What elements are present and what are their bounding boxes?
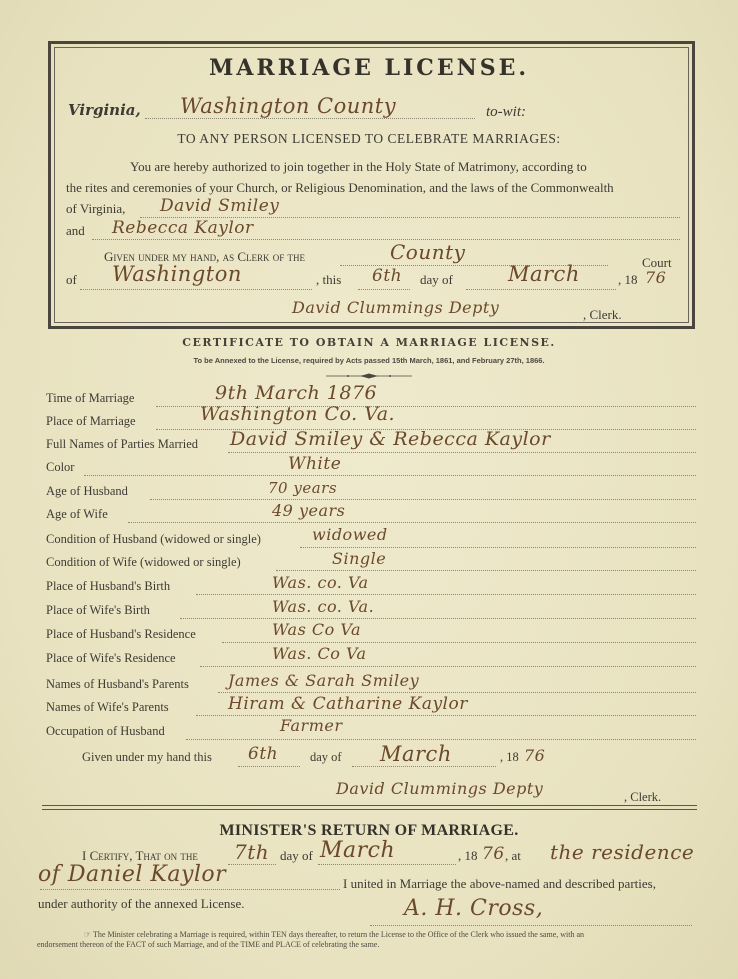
cert-year-prefix: , 18 xyxy=(500,750,519,765)
min-day-of-label: day of xyxy=(280,848,313,864)
license-title: MARRIAGE LICENSE. xyxy=(0,55,738,81)
cert-clerk-label: , Clerk. xyxy=(624,790,661,805)
cert-year-value: 76 xyxy=(524,746,545,765)
min-place-value-2: of Daniel Kaylor xyxy=(38,862,226,887)
cert-given-label: Given under my hand this xyxy=(82,750,212,765)
field-label-husband-residence: Place of Husband's Residence xyxy=(46,627,196,642)
min-year-value: 76 xyxy=(482,844,505,864)
field-value-husband-birth: Was. co. Va xyxy=(272,573,369,592)
field-line xyxy=(180,618,696,619)
section-divider xyxy=(42,805,697,810)
min-month-line xyxy=(318,864,456,865)
day-of-label: day of xyxy=(420,272,453,288)
field-value-wife-parents: Hiram & Catharine Kaylor xyxy=(228,694,468,714)
min-month-value: March xyxy=(320,838,395,863)
footnote-line2: endorsement thereon of the FACT of such … xyxy=(37,940,379,949)
min-day-line xyxy=(228,864,276,865)
license-body-line2: the rites and ceremonies of your Church,… xyxy=(66,180,614,196)
field-value-condition-wife: Single xyxy=(332,549,386,568)
field-label-age-wife: Age of Wife xyxy=(46,507,108,522)
field-label-condition-husband: Condition of Husband (widowed or single) xyxy=(46,532,261,547)
court-county-line xyxy=(80,289,312,290)
cert-day-of-label: day of xyxy=(310,750,342,765)
field-value-husband-residence: Was Co Va xyxy=(272,620,361,639)
authority-label: under authority of the annexed License. xyxy=(38,896,244,912)
field-label-wife-residence: Place of Wife's Residence xyxy=(46,651,176,666)
cert-day-line xyxy=(238,766,300,767)
state-label: Virginia, xyxy=(68,101,141,119)
address-line: TO ANY PERSON LICENSED TO CELEBRATE MARR… xyxy=(0,131,738,147)
license-clerk-label: , Clerk. xyxy=(583,307,622,323)
field-value-wife-residence: Was. Co Va xyxy=(272,644,367,663)
field-line xyxy=(218,692,696,693)
field-label-time-of-marriage: Time of Marriage xyxy=(46,391,134,406)
license-body-line1: You are hereby authorized to join togeth… xyxy=(130,159,587,175)
field-value-full-names: David Smiley & Rebecca Kaylor xyxy=(230,428,551,450)
field-label-age-husband: Age of Husband xyxy=(46,484,128,499)
field-value-place-of-marriage: Washington Co. Va. xyxy=(200,403,395,425)
certificate-title: CERTIFICATE TO OBTAIN A MARRIAGE LICENSE… xyxy=(0,336,738,349)
field-line xyxy=(128,522,696,523)
min-at-label: , at xyxy=(505,848,521,864)
certify-text: I Certify, That on the xyxy=(82,848,198,863)
footnote-line1: ☞ The Minister celebrating a Marriage is… xyxy=(84,930,584,939)
license-year-value: 76 xyxy=(645,268,666,287)
field-line xyxy=(276,570,696,571)
field-label-husband-birth: Place of Husband's Birth xyxy=(46,579,170,594)
field-line xyxy=(150,499,696,500)
groom-name: David Smiley xyxy=(160,196,279,216)
field-label-husband-parents: Names of Husband's Parents xyxy=(46,677,189,692)
united-label: I united in Marriage the above-named and… xyxy=(343,876,656,892)
field-line xyxy=(200,666,696,667)
field-label-wife-parents: Names of Wife's Parents xyxy=(46,700,169,715)
cert-month-value: March xyxy=(380,742,452,766)
field-value-wife-birth: Was. co. Va. xyxy=(272,597,374,616)
license-day-value: 6th xyxy=(372,266,402,286)
field-line xyxy=(186,739,696,740)
field-value-husband-parents: James & Sarah Smiley xyxy=(228,671,419,690)
this-label: , this xyxy=(316,272,341,288)
court-type-value: County xyxy=(390,240,465,264)
month-line xyxy=(466,289,616,290)
and-label: and xyxy=(66,223,85,239)
field-line xyxy=(84,475,696,476)
min-place-line xyxy=(40,889,340,890)
of-virginia-label: of Virginia, xyxy=(66,201,125,217)
field-line xyxy=(222,642,696,643)
field-value-occupation-husband: Farmer xyxy=(280,716,343,735)
license-month-value: March xyxy=(508,262,580,286)
field-label-full-names: Full Names of Parties Married xyxy=(46,437,198,452)
min-place-value-1: the residence xyxy=(550,840,694,864)
cert-month-line xyxy=(352,766,496,767)
field-label-condition-wife: Condition of Wife (widowed or single) xyxy=(46,555,241,570)
field-line xyxy=(228,452,696,453)
county-value: Washington County xyxy=(180,94,396,118)
min-day-value: 7th xyxy=(234,840,269,864)
ornament-divider xyxy=(326,372,412,380)
field-line xyxy=(196,715,696,716)
field-label-color: Color xyxy=(46,460,74,475)
cert-day-value: 6th xyxy=(248,744,278,764)
bride-name: Rebecca Kaylor xyxy=(112,218,254,238)
field-line xyxy=(300,547,696,548)
certificate-subtitle: To be Annexed to the License, required b… xyxy=(0,356,738,365)
field-label-place-of-marriage: Place of Marriage xyxy=(46,414,136,429)
field-value-time-of-marriage: 9th March 1876 xyxy=(215,382,377,404)
bride-line xyxy=(92,239,680,240)
field-label-wife-birth: Place of Wife's Birth xyxy=(46,603,150,618)
license-clerk-signature: David Clummings Depty xyxy=(292,298,499,317)
year-prefix: , 18 xyxy=(618,272,638,288)
cert-clerk-signature: David Clummings Depty xyxy=(336,779,543,798)
field-line xyxy=(196,594,696,595)
minister-signature-line xyxy=(370,925,692,926)
day-line xyxy=(358,289,410,290)
to-wit-label: to-wit: xyxy=(486,104,526,121)
field-value-condition-husband: widowed xyxy=(312,525,388,544)
of-label: of xyxy=(66,272,77,288)
minister-signature: A. H. Cross, xyxy=(404,896,543,921)
min-year-prefix: , 18 xyxy=(458,848,478,864)
field-value-age-wife: 49 years xyxy=(272,501,345,520)
county-line xyxy=(145,118,475,119)
field-value-color: White xyxy=(288,454,341,474)
field-value-age-husband: 70 years xyxy=(268,479,337,497)
field-label-occupation-husband: Occupation of Husband xyxy=(46,724,165,739)
court-county-value: Washington xyxy=(112,262,242,286)
